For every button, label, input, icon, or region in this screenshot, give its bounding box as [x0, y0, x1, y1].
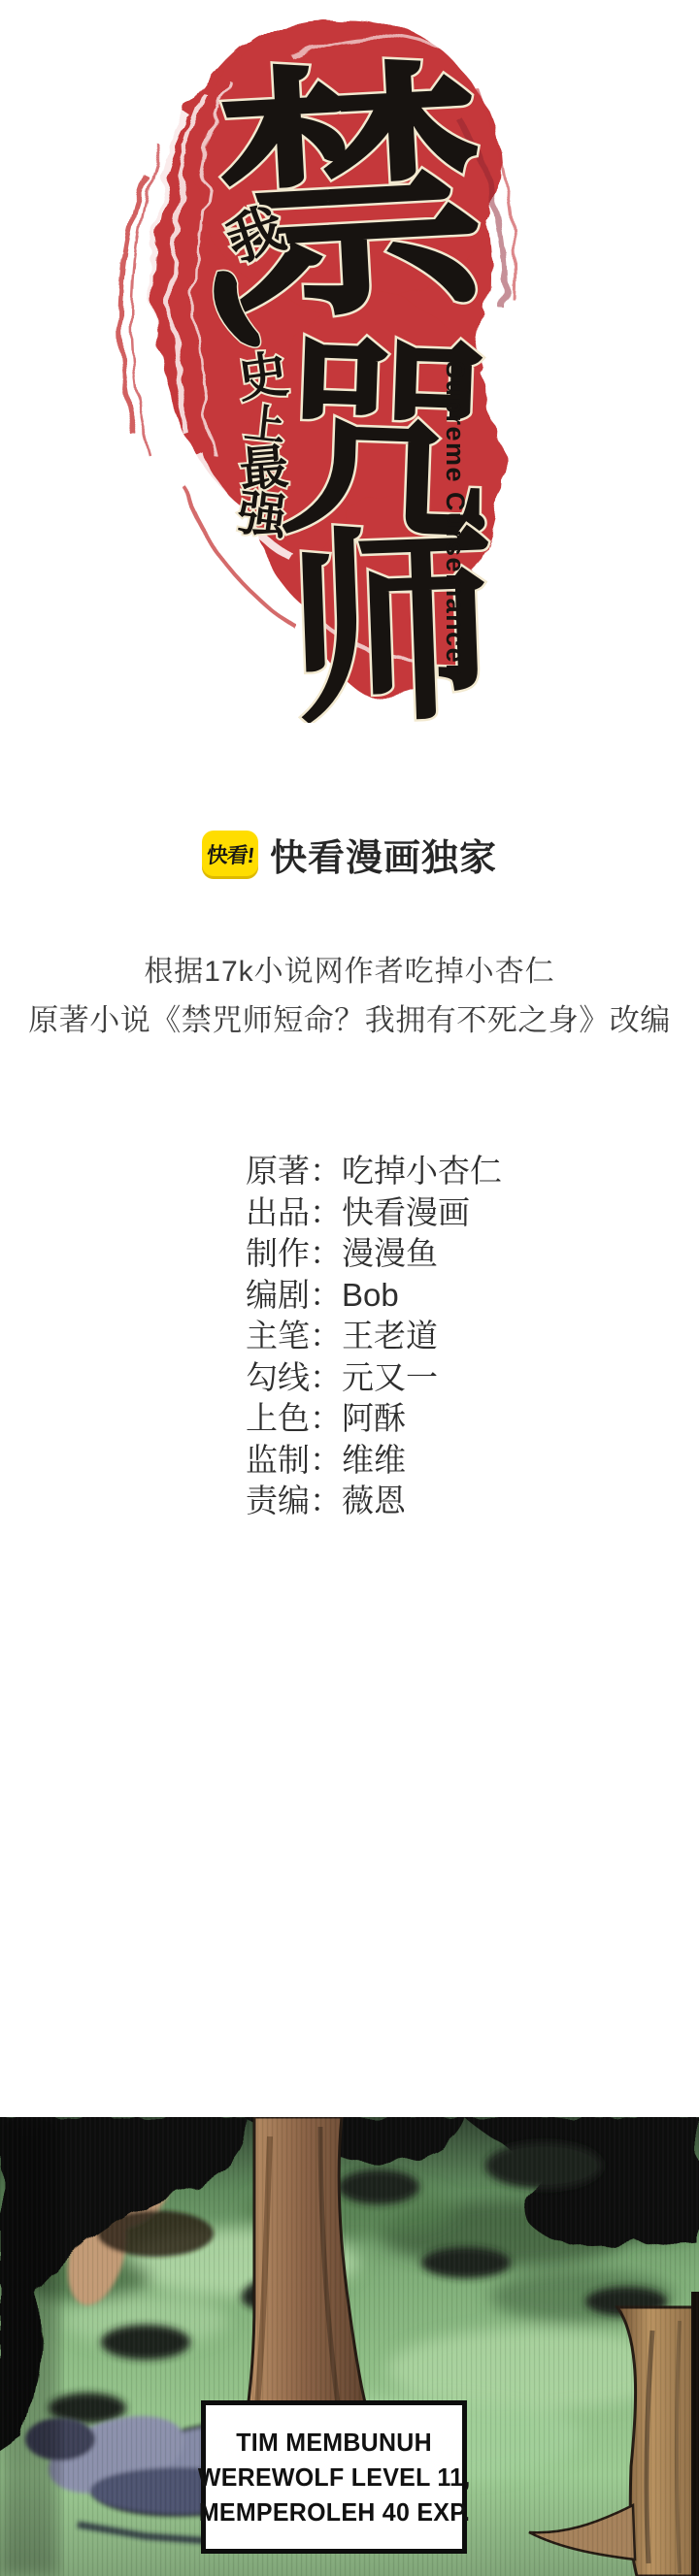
credit-label: 出品：: [246, 1194, 342, 1230]
attribution-line-2: 原著小说《禁咒师短命？我拥有不死之身》改编: [0, 995, 699, 1039]
caption-box: TIM MEMBUNUH WEREWOLF LEVEL 11, MEMPEROL…: [201, 2400, 467, 2554]
credit-row-original-author: 原著：吃掉小杏仁: [246, 1151, 502, 1192]
kuaikan-logo-text: 快看!: [205, 839, 255, 869]
credit-label: 监制：: [246, 1442, 342, 1478]
credit-label: 编剧：: [246, 1277, 342, 1313]
exclusive-label: 快看漫画独家: [270, 828, 497, 881]
attribution-line-1: 根据17k小说网作者吃掉小杏仁: [0, 947, 699, 990]
credit-value: 薇恩: [342, 1483, 406, 1518]
credit-label: 制作：: [246, 1235, 342, 1271]
credit-label: 勾线：: [246, 1359, 342, 1395]
caption-line-2: WEREWOLF LEVEL 11,: [198, 2462, 471, 2494]
credit-label: 主笔：: [246, 1318, 342, 1353]
caption-line-3: MEMPEROLEH 40 EXP.: [198, 2496, 469, 2528]
credit-label: 上色：: [246, 1400, 342, 1436]
credit-row-screenwriter: 编剧：Bob: [246, 1275, 502, 1317]
credit-row-coloring: 上色：阿酥: [246, 1398, 502, 1440]
left-vignette: [0, 2117, 58, 2576]
credit-value: Bob: [342, 1277, 399, 1313]
credit-row-supervisor: 监制：维维: [246, 1440, 502, 1482]
credit-row-lineart: 勾线：元又一: [246, 1357, 502, 1399]
subtitle-vertical: 史 上 最 强: [234, 346, 292, 545]
credit-value: 快看漫画: [342, 1194, 470, 1230]
credit-value: 阿酥: [342, 1400, 406, 1436]
credit-value: 吃掉小杏仁: [342, 1153, 502, 1189]
kuaikan-logo-badge: 快看!: [202, 831, 258, 879]
subtitle-char-1: 史: [234, 346, 292, 409]
english-title-vertical: Supreme Cursemancer: [441, 361, 470, 675]
credit-row-lead-artist: 主笔：王老道: [246, 1316, 502, 1357]
caption-line-1: TIM MEMBUNUH: [236, 2427, 432, 2459]
credits-list: 原著：吃掉小杏仁 出品：快看漫画 制作：漫漫鱼 编剧：Bob 主笔：王老道 勾线…: [246, 1151, 502, 1522]
title-logo-art: 禁 咒 师 我 史 上 最 强 Supreme Cursemancer: [0, 0, 699, 723]
credit-row-production: 制作：漫漫鱼: [246, 1233, 502, 1275]
subtitle-char-4: 强: [234, 485, 291, 545]
credit-label: 责编：: [246, 1483, 342, 1518]
credit-value: 漫漫鱼: [342, 1235, 438, 1271]
title-char-1: 禁: [211, 42, 493, 353]
platform-row: 快看! 快看漫画独家: [0, 828, 699, 881]
credit-row-editor: 责编：薇恩: [246, 1481, 502, 1522]
credit-row-publisher: 出品：快看漫画: [246, 1192, 502, 1234]
credit-label: 原著：: [246, 1153, 342, 1189]
title-logo: 禁 咒 师 我 史 上 最 强 Supreme Cursemancer: [0, 0, 699, 723]
comic-page: 禁 咒 师 我 史 上 最 强 Supreme Cursemancer 快看! …: [0, 0, 699, 2576]
comic-panel: TIM MEMBUNUH WEREWOLF LEVEL 11, MEMPEROL…: [0, 2117, 699, 2576]
credit-value: 王老道: [342, 1318, 438, 1353]
credit-value: 维维: [342, 1442, 406, 1478]
credit-value: 元又一: [342, 1359, 438, 1395]
